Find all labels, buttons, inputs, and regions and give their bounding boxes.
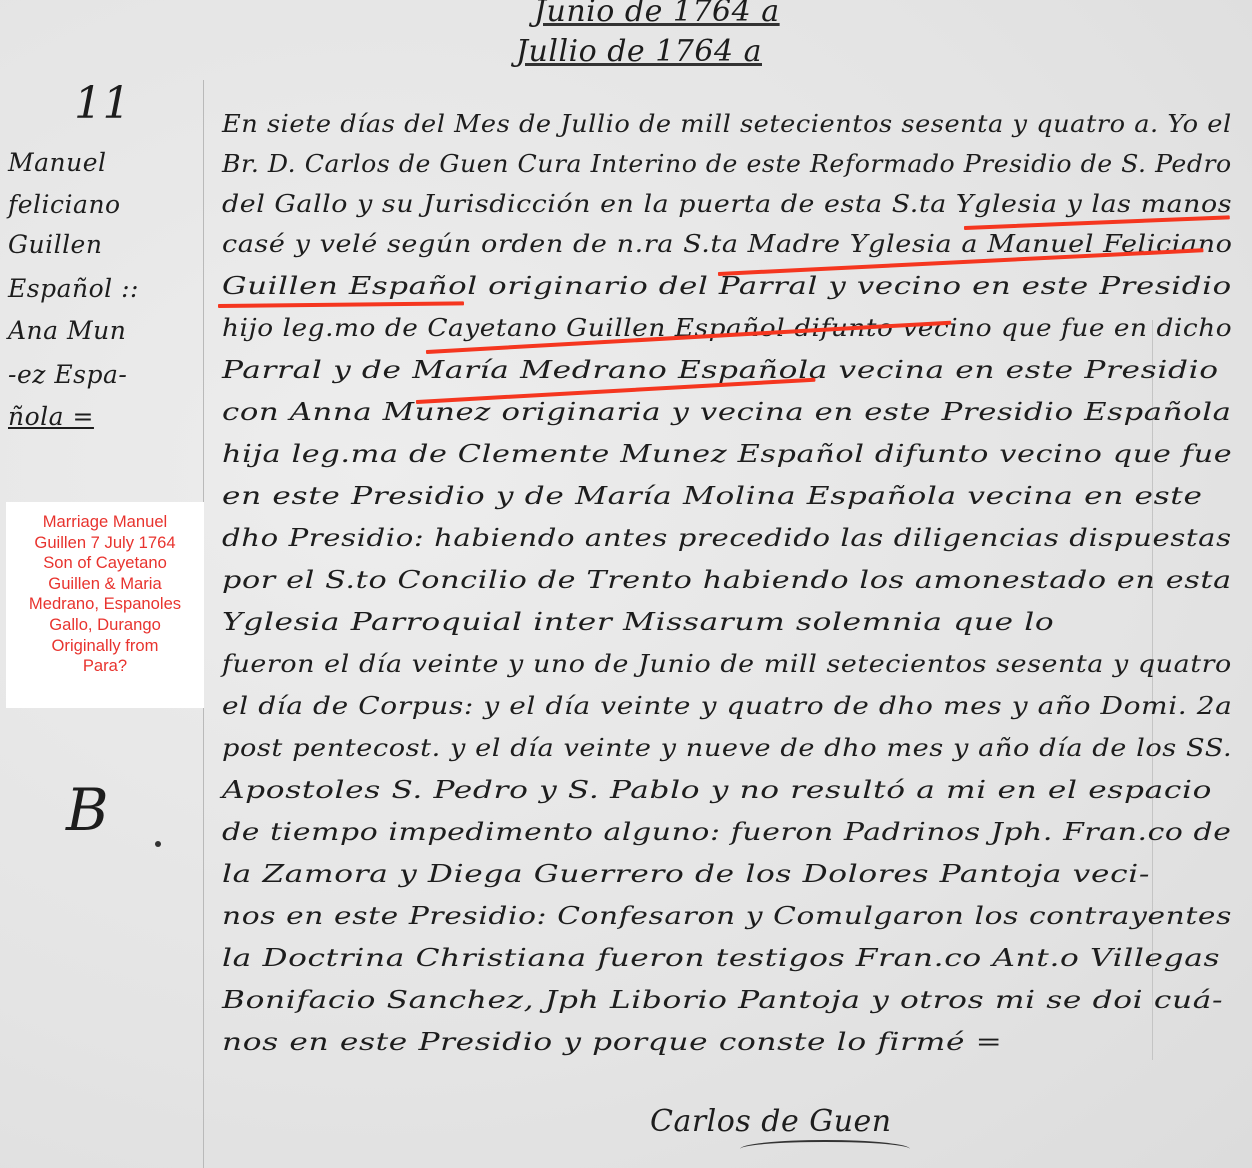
research-annotation-box: Marriage Manuel Guillen 7 July 1764 Son … <box>6 502 204 708</box>
record-line: Apostoles S. Pedro y S. Pablo y no resul… <box>222 776 1212 804</box>
record-line: la Zamora y Diega Guerrero de los Dolore… <box>222 860 1150 888</box>
annotation-line: Guillen 7 July 1764 <box>6 533 204 554</box>
margin-note-line: Español :: <box>8 274 139 303</box>
record-line: del Gallo y su Jurisdicción en la puerta… <box>222 190 1232 218</box>
annotation-line: Originally from <box>6 636 204 657</box>
record-line: Bonifacio Sanchez, Jph Liborio Pantoja y… <box>222 986 1223 1014</box>
margin-note-line: feliciano <box>8 190 121 219</box>
annotation-line: Son of Cayetano <box>6 553 204 574</box>
margin-note-line: ñola = <box>8 402 94 431</box>
record-line: en este Presidio y de María Molina Españ… <box>222 482 1203 510</box>
record-line: dho Presidio: habiendo antes precedido l… <box>222 524 1232 552</box>
annotation-line: Medrano, Espanoles <box>6 594 204 615</box>
baptism-mark: B <box>66 776 109 844</box>
record-line: la Doctrina Christiana fueron testigos F… <box>222 944 1220 972</box>
record-line: hija leg.ma de Clemente Munez Español di… <box>222 440 1232 468</box>
margin-note-line: Ana Mun <box>8 316 126 345</box>
record-line: nos en este Presidio y porque conste lo … <box>222 1028 1002 1056</box>
record-line: post pentecost. y el día veinte y nueve … <box>222 734 1232 762</box>
record-line: de tiempo impedimento alguno: fueron Pad… <box>222 818 1232 846</box>
record-line: fueron el día veinte y uno de Junio de m… <box>222 650 1232 678</box>
annotation-line: Guillen & Maria <box>6 574 204 595</box>
record-line: con Anna Munez originaria y vecina en es… <box>222 398 1232 426</box>
record-line: Br. D. Carlos de Guen Cura Interino de e… <box>222 150 1232 178</box>
record-line: Guillen Español originario del Parral y … <box>222 272 1232 300</box>
record-line: hijo leg.mo de Cayetano Guillen Español … <box>222 314 1232 342</box>
record-line: nos en este Presidio: Confesaron y Comul… <box>222 902 1232 930</box>
highlight-underline-guillen-espanol <box>218 301 464 308</box>
annotation-line: Para? <box>6 656 204 677</box>
record-line: Parral y de María Medrano Española vecin… <box>222 356 1219 384</box>
margin-note-line: Manuel <box>8 148 107 177</box>
record-line: por el S.to Concilio de Trento habiendo … <box>222 566 1232 594</box>
header-month-previous: Junio de 1764 a <box>534 0 780 29</box>
record-line: En siete días del Mes de Jullio de mill … <box>222 110 1232 138</box>
annotation-line: Gallo, Durango <box>6 615 204 636</box>
record-line: Yglesia Parroquial inter Missarum solemn… <box>222 608 1054 636</box>
priest-signature: Carlos de Guen <box>650 1104 892 1139</box>
header-month-current: Jullio de 1764 a <box>516 34 762 69</box>
signature-flourish <box>740 1140 910 1158</box>
mark-dot <box>155 841 161 847</box>
margin-note-line: Guillen <box>8 230 102 259</box>
record-line: el día de Corpus: y el día veinte y quat… <box>222 692 1232 720</box>
margin-note-line: -ez Espa- <box>8 360 127 389</box>
annotation-line: Marriage Manuel <box>6 512 204 533</box>
entry-number: 11 <box>74 78 131 129</box>
